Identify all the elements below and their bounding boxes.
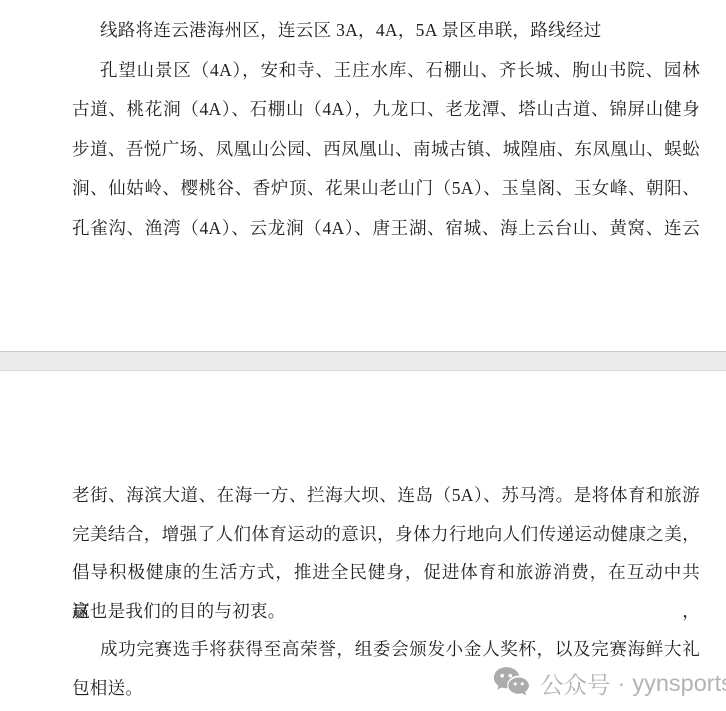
document-page-1: 线路将连云港海州区，连云区 3A，4A，5A 景区串联，路线经过 孔望山景区（4…: [0, 0, 726, 351]
wechat-icon: [493, 666, 531, 700]
document-line: 老街、海滨大道、在海一方、拦海大坝、连岛（5A）、苏马湾。是将体育和旅游: [72, 476, 700, 515]
document-line: 孔望山景区（4A），安和寺、王庄水库、石棚山、齐长城、朐山书院、园林: [72, 51, 700, 91]
watermark-label: 公众号: [540, 666, 611, 700]
document-line: 线路将连云港海州区，连云区 3A，4A，5A 景区串联，路线经过: [72, 11, 700, 51]
document-line: 倡导积极健康的生活方式，推进全民健身，促进体育和旅游消费，在互动中共赢，: [72, 553, 700, 592]
document-line: 步道、吾悦广场、凤凰山公园、西凤凰山、南城古镇、城隍庙、东凤凰山、蜈蚣: [72, 130, 700, 170]
document-line: 完美结合，增强了人们体育运动的意识，身体力行地向人们传递运动健康之美，: [72, 515, 700, 554]
page2-text-column: 老街、海滨大道、在海一方、拦海大坝、连岛（5A）、苏马湾。是将体育和旅游 完美结…: [72, 371, 700, 708]
document-page-2: 老街、海滨大道、在海一方、拦海大坝、连岛（5A）、苏马湾。是将体育和旅游 完美结…: [0, 371, 726, 711]
document-line: 孔雀沟、渔湾（4A）、云龙涧（4A）、唐王湖、宿城、海上云台山、黄窝、连云: [72, 209, 700, 249]
page-break-separator: [0, 351, 726, 371]
watermark-account: yynsports: [632, 670, 726, 697]
watermark-separator: ·: [618, 670, 626, 697]
page1-text-column: 线路将连云港海州区，连云区 3A，4A，5A 景区串联，路线经过 孔望山景区（4…: [72, 0, 700, 249]
document-line: 涧、仙姑岭、樱桃谷、香炉顶、花果山老山门（5A）、玉皇阁、玉女峰、朝阳、: [72, 169, 700, 209]
wechat-watermark: 公众号 · yynsports: [493, 664, 726, 702]
document-line: 古道、桃花涧（4A）、石棚山（4A），九龙口、老龙潭、塔山古道、锦屏山健身: [72, 90, 700, 130]
